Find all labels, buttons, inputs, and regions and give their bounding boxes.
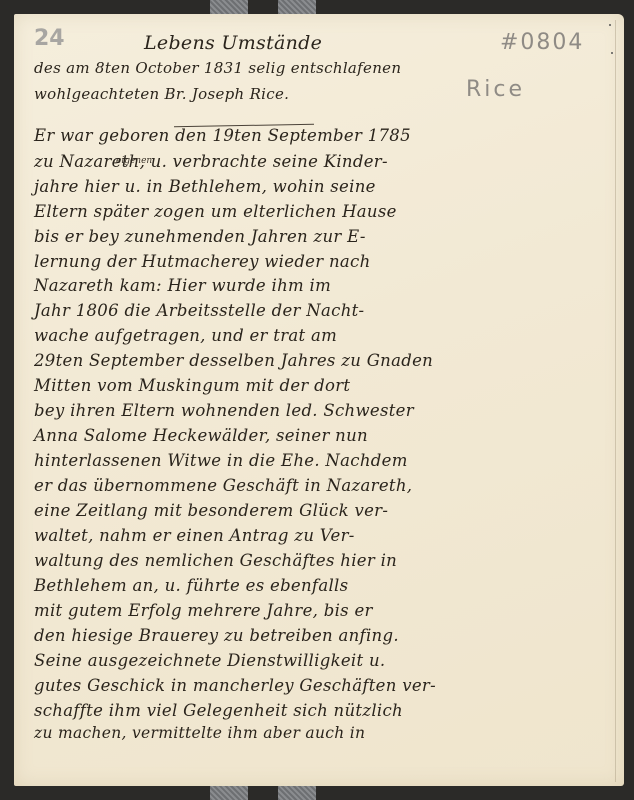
binder-clip-top-right (278, 0, 316, 14)
body-line: bey ihren Eltern wohnenden led. Schweste… (34, 401, 414, 420)
body-line: Eltern später zogen um elterlichen Hause (34, 202, 397, 221)
body-line: Bethlehem an, u. führte es ebenfalls (34, 576, 348, 595)
subtitle-line: des am 8ten October 1831 selig entschlaf… (34, 59, 401, 77)
binder-clip-bottom-left (210, 784, 248, 800)
archive-number: 24 (34, 26, 65, 51)
body-line: mit gutem Erfolg mehrere Jahre, bis er (34, 601, 373, 620)
body-line: Mitten vom Muskingum mit der dort (34, 376, 350, 395)
body-line: Er war geboren den 19ten September 1785 (34, 126, 411, 145)
body-line: bis er bey zunehmenden Jahren zur E- (34, 227, 366, 246)
pin-hole (611, 52, 613, 54)
body-line: 29ten September desselben Jahres zu Gnad… (34, 351, 433, 370)
body-line: wache aufgetragen, und er trat am (34, 326, 337, 345)
body-line: waltung des nemlichen Geschäftes hier in (34, 551, 397, 570)
surname-label: Rice (466, 77, 525, 102)
body-line: er das übernommene Geschäft in Nazareth, (34, 476, 412, 495)
body-line: waltet, nahm er einen Antrag zu Ver- (34, 526, 355, 545)
binder-clip-bottom-right (278, 784, 316, 800)
catalog-number: #0804 (500, 30, 584, 55)
body-line: Seine ausgezeichnete Dienstwilligkeit u. (34, 651, 385, 670)
body-line: jahre hier u. in Bethlehem, wohin seine (34, 177, 376, 196)
manuscript-page: 24 #0804 Rice Lebens Umstände des am 8te… (14, 14, 624, 786)
body-line: eine Zeitlang mit besonderem Glück ver- (34, 501, 388, 520)
body-line: zu machen, vermittelte ihm aber auch in (34, 724, 365, 742)
document-title: Lebens Umstände (144, 32, 322, 54)
body-line: Nazareth kam: Hier wurde ihm im (34, 276, 331, 295)
body-line: gutes Geschick in mancherley Geschäften … (34, 676, 436, 695)
body-line: lernung der Hutmacherey wieder nach (34, 252, 371, 271)
body-line: den hiesige Brauerey zu betreiben anfing… (34, 626, 399, 645)
body-line: Anna Salome Heckewälder, seiner nun (34, 426, 368, 445)
binder-clip-top-left (210, 0, 248, 14)
pin-hole (609, 24, 611, 26)
body-line: hinterlassenen Witwe in die Ehe. Nachdem (34, 451, 408, 470)
body-line: zu Nazareth, u. verbrachte seine Kinder- (34, 152, 388, 171)
body-line: schaffte ihm viel Gelegenheit sich nützl… (34, 701, 403, 720)
subtitle-line: wohlgeachteten Br. Joseph Rice. (34, 85, 289, 103)
body-line: Jahr 1806 die Arbeitsstelle der Nacht- (34, 301, 364, 320)
